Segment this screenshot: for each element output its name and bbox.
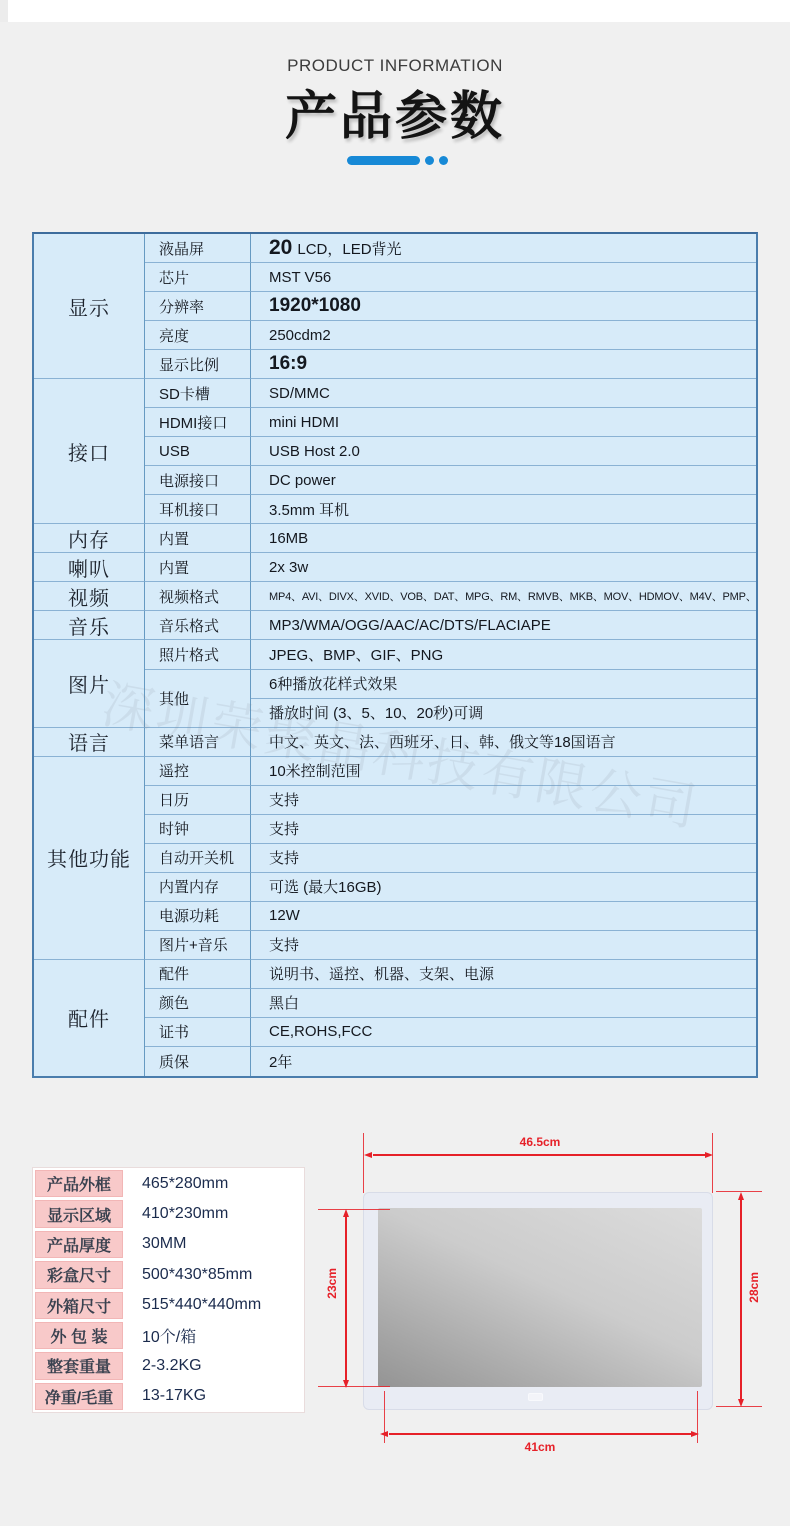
spec-value: SD/MMC [251, 379, 756, 408]
arrowhead-icon [738, 1192, 744, 1200]
spec-value-text: LCD，LED背光 [297, 238, 401, 259]
dim-label-screen-height: 23cm [325, 1268, 339, 1299]
dim-table-label: 显示区域 [35, 1200, 123, 1227]
spec-label: 内置 [145, 553, 251, 582]
spec-label: 自动开关机 [145, 844, 251, 873]
spec-value: 10米控制范围 [251, 757, 756, 786]
spec-label: 电源接口 [145, 466, 251, 495]
spec-label: 其他 [145, 670, 251, 728]
top-strip [0, 0, 790, 22]
spec-value: mini HDMI [251, 408, 756, 437]
spec-category: 其他功能 [34, 757, 145, 960]
dim-label-outer-height: 28cm [747, 1272, 761, 1303]
spec-value: 1920*1080 [251, 292, 756, 321]
extension-line [318, 1209, 390, 1210]
dimension-table: 产品外框465*280mm显示区域410*230mm产品厚度30MM彩盒尺寸50… [32, 1167, 305, 1413]
spec-category: 内存 [34, 524, 145, 553]
spec-category: 语言 [34, 728, 145, 757]
spec-category: 音乐 [34, 611, 145, 640]
spec-label: 菜单语言 [145, 728, 251, 757]
spec-value: 16:9 [251, 350, 756, 379]
spec-value: 6种播放花样式效果 [251, 670, 756, 699]
dim-label-outer-width: 46.5cm [480, 1135, 600, 1149]
dim-table-value: 30MM [126, 1231, 302, 1258]
spec-category: 视频 [34, 582, 145, 611]
spec-value: 2x 3w [251, 553, 756, 582]
spec-label: 电源功耗 [145, 902, 251, 931]
dim-table-label: 净重/毛重 [35, 1383, 123, 1410]
spec-label: HDMI接口 [145, 408, 251, 437]
extension-line [384, 1391, 385, 1443]
dim-table-value: 515*440*440mm [126, 1292, 302, 1319]
extension-line [716, 1191, 762, 1192]
spec-value: 播放时间 (3、5、10、20秒)可调 [251, 699, 756, 728]
spec-value: 20LCD，LED背光 [251, 234, 756, 263]
spec-label: 颜色 [145, 989, 251, 1018]
divider-dot [425, 156, 434, 165]
spec-value: 支持 [251, 931, 756, 960]
spec-value: MP4、AVI、DIVX、XVID、VOB、DAT、MPG、RM、RMVB、MK… [251, 582, 756, 611]
extension-line [318, 1386, 390, 1387]
spec-value: 12W [251, 902, 756, 931]
spec-value: CE,ROHS,FCC [251, 1018, 756, 1047]
spec-label: 内置 [145, 524, 251, 553]
spec-label: SD卡槽 [145, 379, 251, 408]
dim-table-value: 500*430*85mm [126, 1261, 302, 1288]
dim-line-screen-width [389, 1433, 691, 1435]
spec-label: 视频格式 [145, 582, 251, 611]
spec-value: USB Host 2.0 [251, 437, 756, 466]
dim-line-outer-width [373, 1154, 705, 1156]
extension-line [716, 1406, 762, 1407]
spec-category: 显示 [34, 234, 145, 379]
spec-value: 中文、英文、法、西班牙、日、韩、俄文等18国语言 [251, 728, 756, 757]
dim-label-screen-width: 41cm [480, 1440, 600, 1454]
spec-label: 配件 [145, 960, 251, 989]
extension-line [712, 1133, 713, 1193]
divider-dot [439, 156, 448, 165]
spec-category: 喇叭 [34, 553, 145, 582]
spec-label: 质保 [145, 1047, 251, 1076]
divider-pill [347, 156, 420, 165]
spec-value-big: 20 [269, 236, 292, 260]
dim-table-value: 2-3.2KG [126, 1352, 302, 1379]
dim-line-outer-height [740, 1200, 742, 1400]
spec-label: 液晶屏 [145, 234, 251, 263]
spec-label: 芯片 [145, 263, 251, 292]
spec-label: 亮度 [145, 321, 251, 350]
arrowhead-icon [364, 1152, 372, 1158]
spec-category: 配件 [34, 960, 145, 1076]
spec-label: 分辨率 [145, 292, 251, 321]
top-corner-square [0, 0, 8, 22]
spec-category: 图片 [34, 640, 145, 727]
monitor-frame [363, 1192, 713, 1410]
spec-value: 可选 (最大16GB) [251, 873, 756, 902]
spec-value: MP3/WMA/OGG/AAC/AC/DTS/FLACIAPE [251, 611, 756, 640]
dim-table-label: 产品厚度 [35, 1231, 123, 1258]
dim-table-label: 彩盒尺寸 [35, 1261, 123, 1288]
spec-value: MST V56 [251, 263, 756, 292]
spec-value: 250cdm2 [251, 321, 756, 350]
dim-table-value: 10个/箱 [126, 1322, 302, 1349]
spec-value: 支持 [251, 815, 756, 844]
spec-label: 音乐格式 [145, 611, 251, 640]
spec-value: 黑白 [251, 989, 756, 1018]
spec-label: 照片格式 [145, 640, 251, 669]
spec-table: 显示液晶屏20LCD，LED背光芯片MST V56分辨率1920*1080亮度2… [32, 232, 758, 1078]
extension-line [697, 1391, 698, 1443]
spec-label: 内置内存 [145, 873, 251, 902]
spec-label: 遥控 [145, 757, 251, 786]
spec-value: 支持 [251, 844, 756, 873]
dim-table-label: 外 包 装 [35, 1322, 123, 1349]
spec-label: 显示比例 [145, 350, 251, 379]
section-eyebrow: PRODUCT INFORMATION [0, 56, 790, 76]
monitor-touch-button [528, 1393, 543, 1401]
spec-label: 图片+音乐 [145, 931, 251, 960]
spec-label: 日历 [145, 786, 251, 815]
dim-table-value: 465*280mm [126, 1170, 302, 1197]
spec-value: 16MB [251, 524, 756, 553]
dim-table-label: 产品外框 [35, 1170, 123, 1197]
spec-value: DC power [251, 466, 756, 495]
dim-table-value: 410*230mm [126, 1200, 302, 1227]
dim-table-label: 整套重量 [35, 1352, 123, 1379]
page-title: 产品参数 [0, 74, 790, 149]
spec-value: JPEG、BMP、GIF、PNG [251, 640, 756, 669]
dim-line-screen-height [345, 1217, 347, 1381]
spec-value: 支持 [251, 786, 756, 815]
spec-label: USB [145, 437, 251, 466]
spec-value: 2年 [251, 1047, 756, 1076]
extension-line [363, 1133, 364, 1193]
dim-table-value: 13-17KG [126, 1383, 302, 1410]
dim-table-label: 外箱尺寸 [35, 1292, 123, 1319]
arrowhead-icon [343, 1209, 349, 1217]
spec-category: 接口 [34, 379, 145, 524]
spec-value: 说明书、遥控、机器、支架、电源 [251, 960, 756, 989]
spec-label: 时钟 [145, 815, 251, 844]
monitor-screen [378, 1208, 702, 1387]
spec-value: 3.5mm 耳机 [251, 495, 756, 524]
spec-label: 耳机接口 [145, 495, 251, 524]
spec-label: 证书 [145, 1018, 251, 1047]
